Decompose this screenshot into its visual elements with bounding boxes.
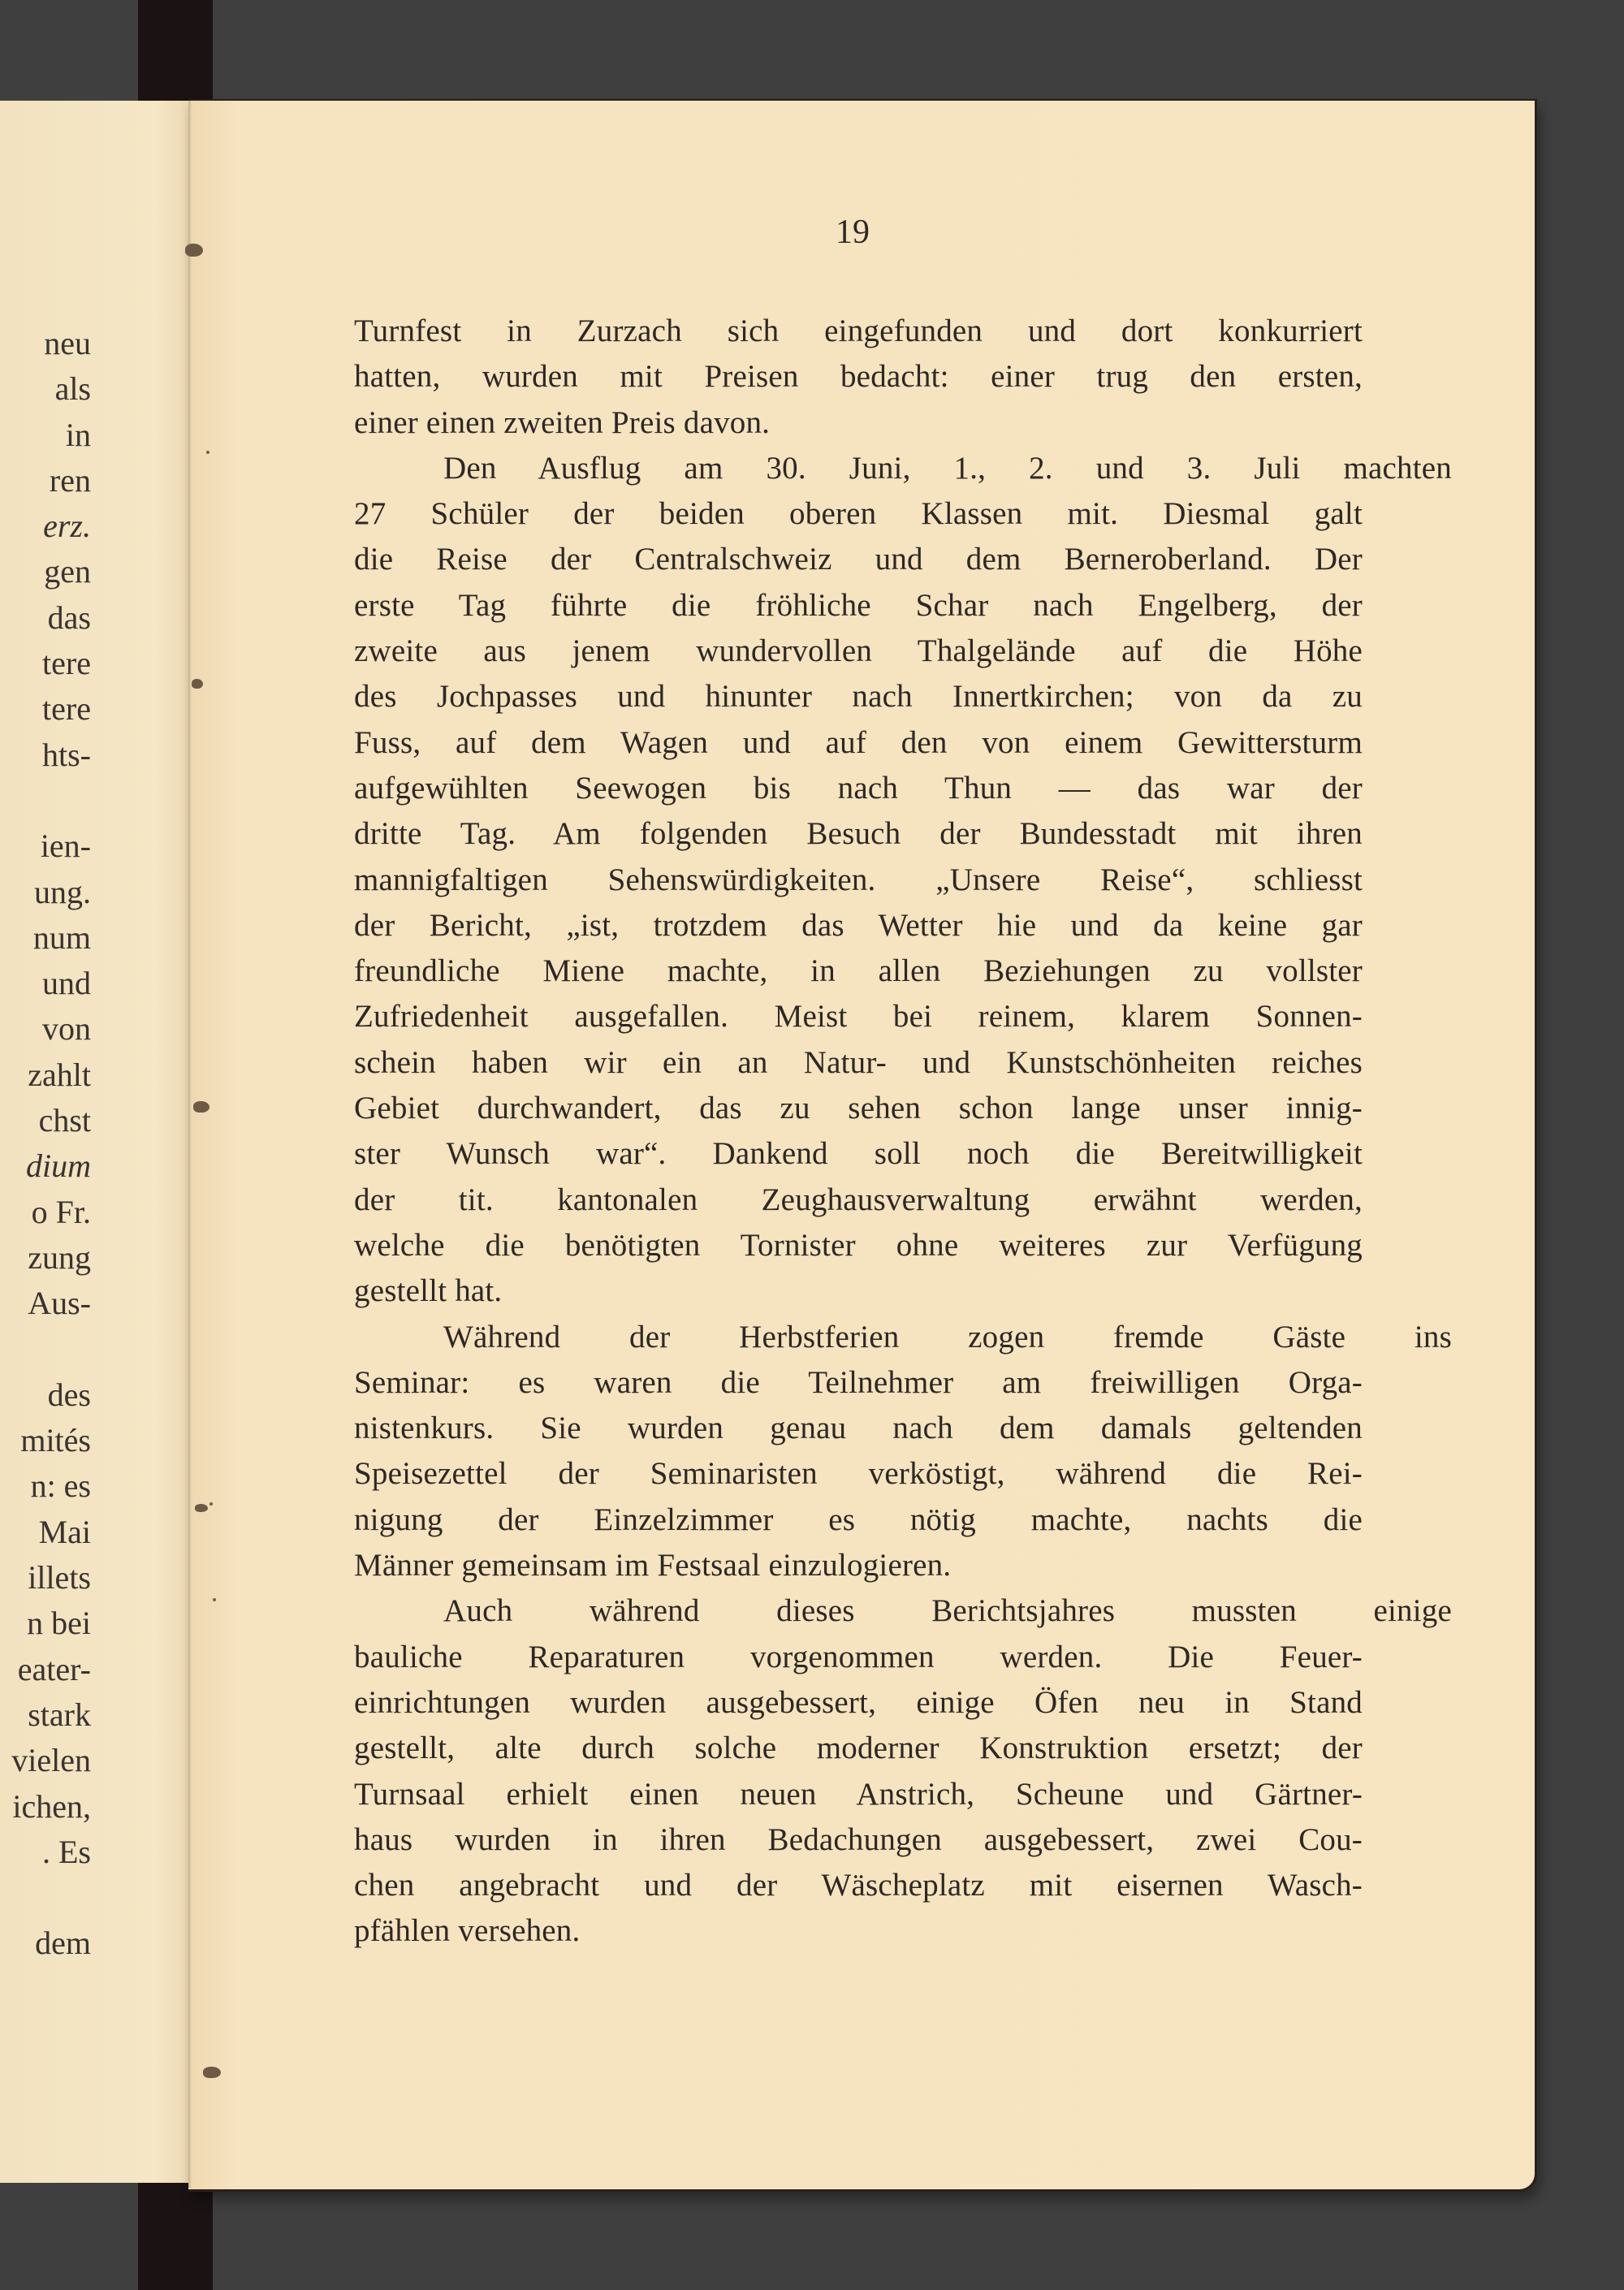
text-line: freundliche Miene machte, in allen Bezie…	[354, 948, 1363, 994]
text-line: hatten, wurden mit Preisen bedacht: eine…	[354, 354, 1363, 400]
text-line: Speisezettel der Seminaristen verköstigt…	[354, 1451, 1363, 1497]
text-line: mannigfaltigen Sehenswürdigkeiten. „Unse…	[354, 858, 1363, 903]
text-line: haus wurden in ihren Bedachungen ausgebe…	[354, 1817, 1363, 1863]
left-page-fragment: o Fr.	[0, 1190, 91, 1235]
text-line: welche die benötigten Tornister ohne wei…	[354, 1223, 1363, 1268]
left-page-fragment: zahlt	[0, 1052, 91, 1098]
left-page-fragment: ren	[0, 458, 91, 503]
paragraph: Den Ausflug am 30. Juni, 1., 2. und 3. J…	[354, 446, 1363, 1315]
text-line: der Bericht, „ist, trotzdem das Wetter h…	[354, 903, 1363, 948]
left-page-fragment: tere	[0, 641, 91, 686]
left-page-fragment: in	[0, 413, 91, 458]
binding-hole	[195, 1504, 208, 1512]
left-page-fragment: eater-	[0, 1647, 91, 1692]
left-page-fragment: erz.	[0, 503, 91, 549]
left-page-fragment: ien-	[0, 823, 91, 869]
page-body-text: Turnfest in Zurzach sich eingefunden und…	[354, 309, 1363, 1955]
text-line: der tit. kantonalen Zeughausverwaltung e…	[354, 1177, 1363, 1223]
left-page-fragment: n: es	[0, 1463, 91, 1509]
left-page-fragment: ung.	[0, 870, 91, 915]
text-line: Turnsaal erhielt einen neuen Anstrich, S…	[354, 1772, 1363, 1817]
text-line: Auch während dieses Berichtsjahres musst…	[354, 1588, 1452, 1634]
text-line: schein haben wir ein an Natur- und Kunst…	[354, 1040, 1363, 1086]
left-page-fragment: dem	[0, 1921, 91, 1966]
binding-hole	[185, 244, 203, 257]
text-line: chen angebracht und der Wäscheplatz mit …	[354, 1863, 1363, 1908]
left-page-text-fragments: neualsinrenerz.gendastereterehts-ien-ung…	[0, 321, 91, 1967]
text-line: Männer gemeinsam im Festsaal einzulogier…	[354, 1543, 1363, 1588]
text-line: Den Ausflug am 30. Juni, 1., 2. und 3. J…	[354, 446, 1452, 491]
text-line: Seminar: es waren die Teilnehmer am frei…	[354, 1360, 1363, 1406]
text-line: aufgewühlten Seewogen bis nach Thun — da…	[354, 766, 1363, 811]
text-line: einer einen zweiten Preis davon.	[354, 400, 1363, 446]
text-line: einrichtungen wurden ausgebessert, einig…	[354, 1680, 1363, 1726]
left-page-fragment	[0, 1875, 91, 1921]
left-page-fragment: chst	[0, 1098, 91, 1143]
text-line: bauliche Reparaturen vorgenommen werden.…	[354, 1635, 1363, 1680]
paragraph: Turnfest in Zurzach sich eingefunden und…	[354, 309, 1363, 446]
left-page-fragment: als	[0, 366, 91, 412]
text-line: die Reise der Centralschweiz und dem Ber…	[354, 537, 1363, 582]
paragraph: Während der Herbstferien zogen fremde Gä…	[354, 1315, 1363, 1589]
left-page-fragment: Aus-	[0, 1281, 91, 1326]
left-page-fragment: tere	[0, 686, 91, 732]
left-page-fragment: das	[0, 595, 91, 641]
paper-speck	[213, 1598, 216, 1601]
text-line: des Jochpasses und hinunter nach Innertk…	[354, 674, 1363, 719]
text-line: gestellt hat.	[354, 1268, 1363, 1314]
text-line: Gebiet durchwandert, das zu sehen schon …	[354, 1086, 1363, 1131]
left-page-fragment: Mai	[0, 1510, 91, 1555]
left-page-fragment: illets	[0, 1555, 91, 1601]
left-page-fragment: hts-	[0, 732, 91, 778]
text-line: erste Tag führte die fröhliche Schar nac…	[354, 583, 1363, 629]
left-page-fragment: des	[0, 1372, 91, 1418]
text-line: dritte Tag. Am folgenden Besuch der Bund…	[354, 811, 1363, 857]
left-page-fragment	[0, 778, 91, 823]
left-page-fragment: dium	[0, 1143, 91, 1189]
left-page-fragment: und	[0, 961, 91, 1006]
paper-speck	[209, 1502, 213, 1506]
text-line: gestellt, alte durch solche moderner Kon…	[354, 1726, 1363, 1771]
left-page-fragment: mités	[0, 1418, 91, 1463]
left-page-fragment: gen	[0, 549, 91, 594]
text-line: Fuss, auf dem Wagen und auf den von eine…	[354, 720, 1363, 766]
text-line: ster Wunsch war“. Dankend soll noch die …	[354, 1131, 1363, 1177]
gutter-fold	[188, 101, 192, 2188]
left-page-fragment: . Es	[0, 1830, 91, 1875]
text-line: Während der Herbstferien zogen fremde Gä…	[354, 1315, 1452, 1360]
left-page-fragment: zung	[0, 1235, 91, 1281]
left-page-fragment: n bei	[0, 1601, 91, 1646]
binding-hole	[193, 1101, 209, 1113]
paper-speck	[206, 451, 209, 454]
left-page-fragment	[0, 1327, 91, 1372]
left-page-fragment: stark	[0, 1692, 91, 1738]
paragraph: Auch während dieses Berichtsjahres musst…	[354, 1588, 1363, 1954]
text-line: Zufriedenheit ausgefallen. Meist bei rei…	[354, 994, 1363, 1039]
text-line: Turnfest in Zurzach sich eingefunden und…	[354, 309, 1363, 354]
left-page-fragment: vielen	[0, 1738, 91, 1783]
text-line: nigung der Einzelzimmer es nötig machte,…	[354, 1497, 1363, 1543]
text-line: pfählen versehen.	[354, 1908, 1363, 1954]
left-page-fragment: ichen,	[0, 1784, 91, 1830]
binding-hole	[203, 2067, 221, 2078]
left-page-fragment: neu	[0, 321, 91, 366]
text-line: zweite aus jenem wundervollen Thalgeländ…	[354, 629, 1363, 674]
text-line: nistenkurs. Sie wurden genau nach dem da…	[354, 1406, 1363, 1451]
left-page-fragment: von	[0, 1006, 91, 1052]
page-number: 19	[812, 213, 893, 252]
text-line: 27 Schüler der beiden oberen Klassen mit…	[354, 491, 1363, 537]
binding-hole	[192, 679, 203, 689]
left-page-fragment: num	[0, 915, 91, 961]
